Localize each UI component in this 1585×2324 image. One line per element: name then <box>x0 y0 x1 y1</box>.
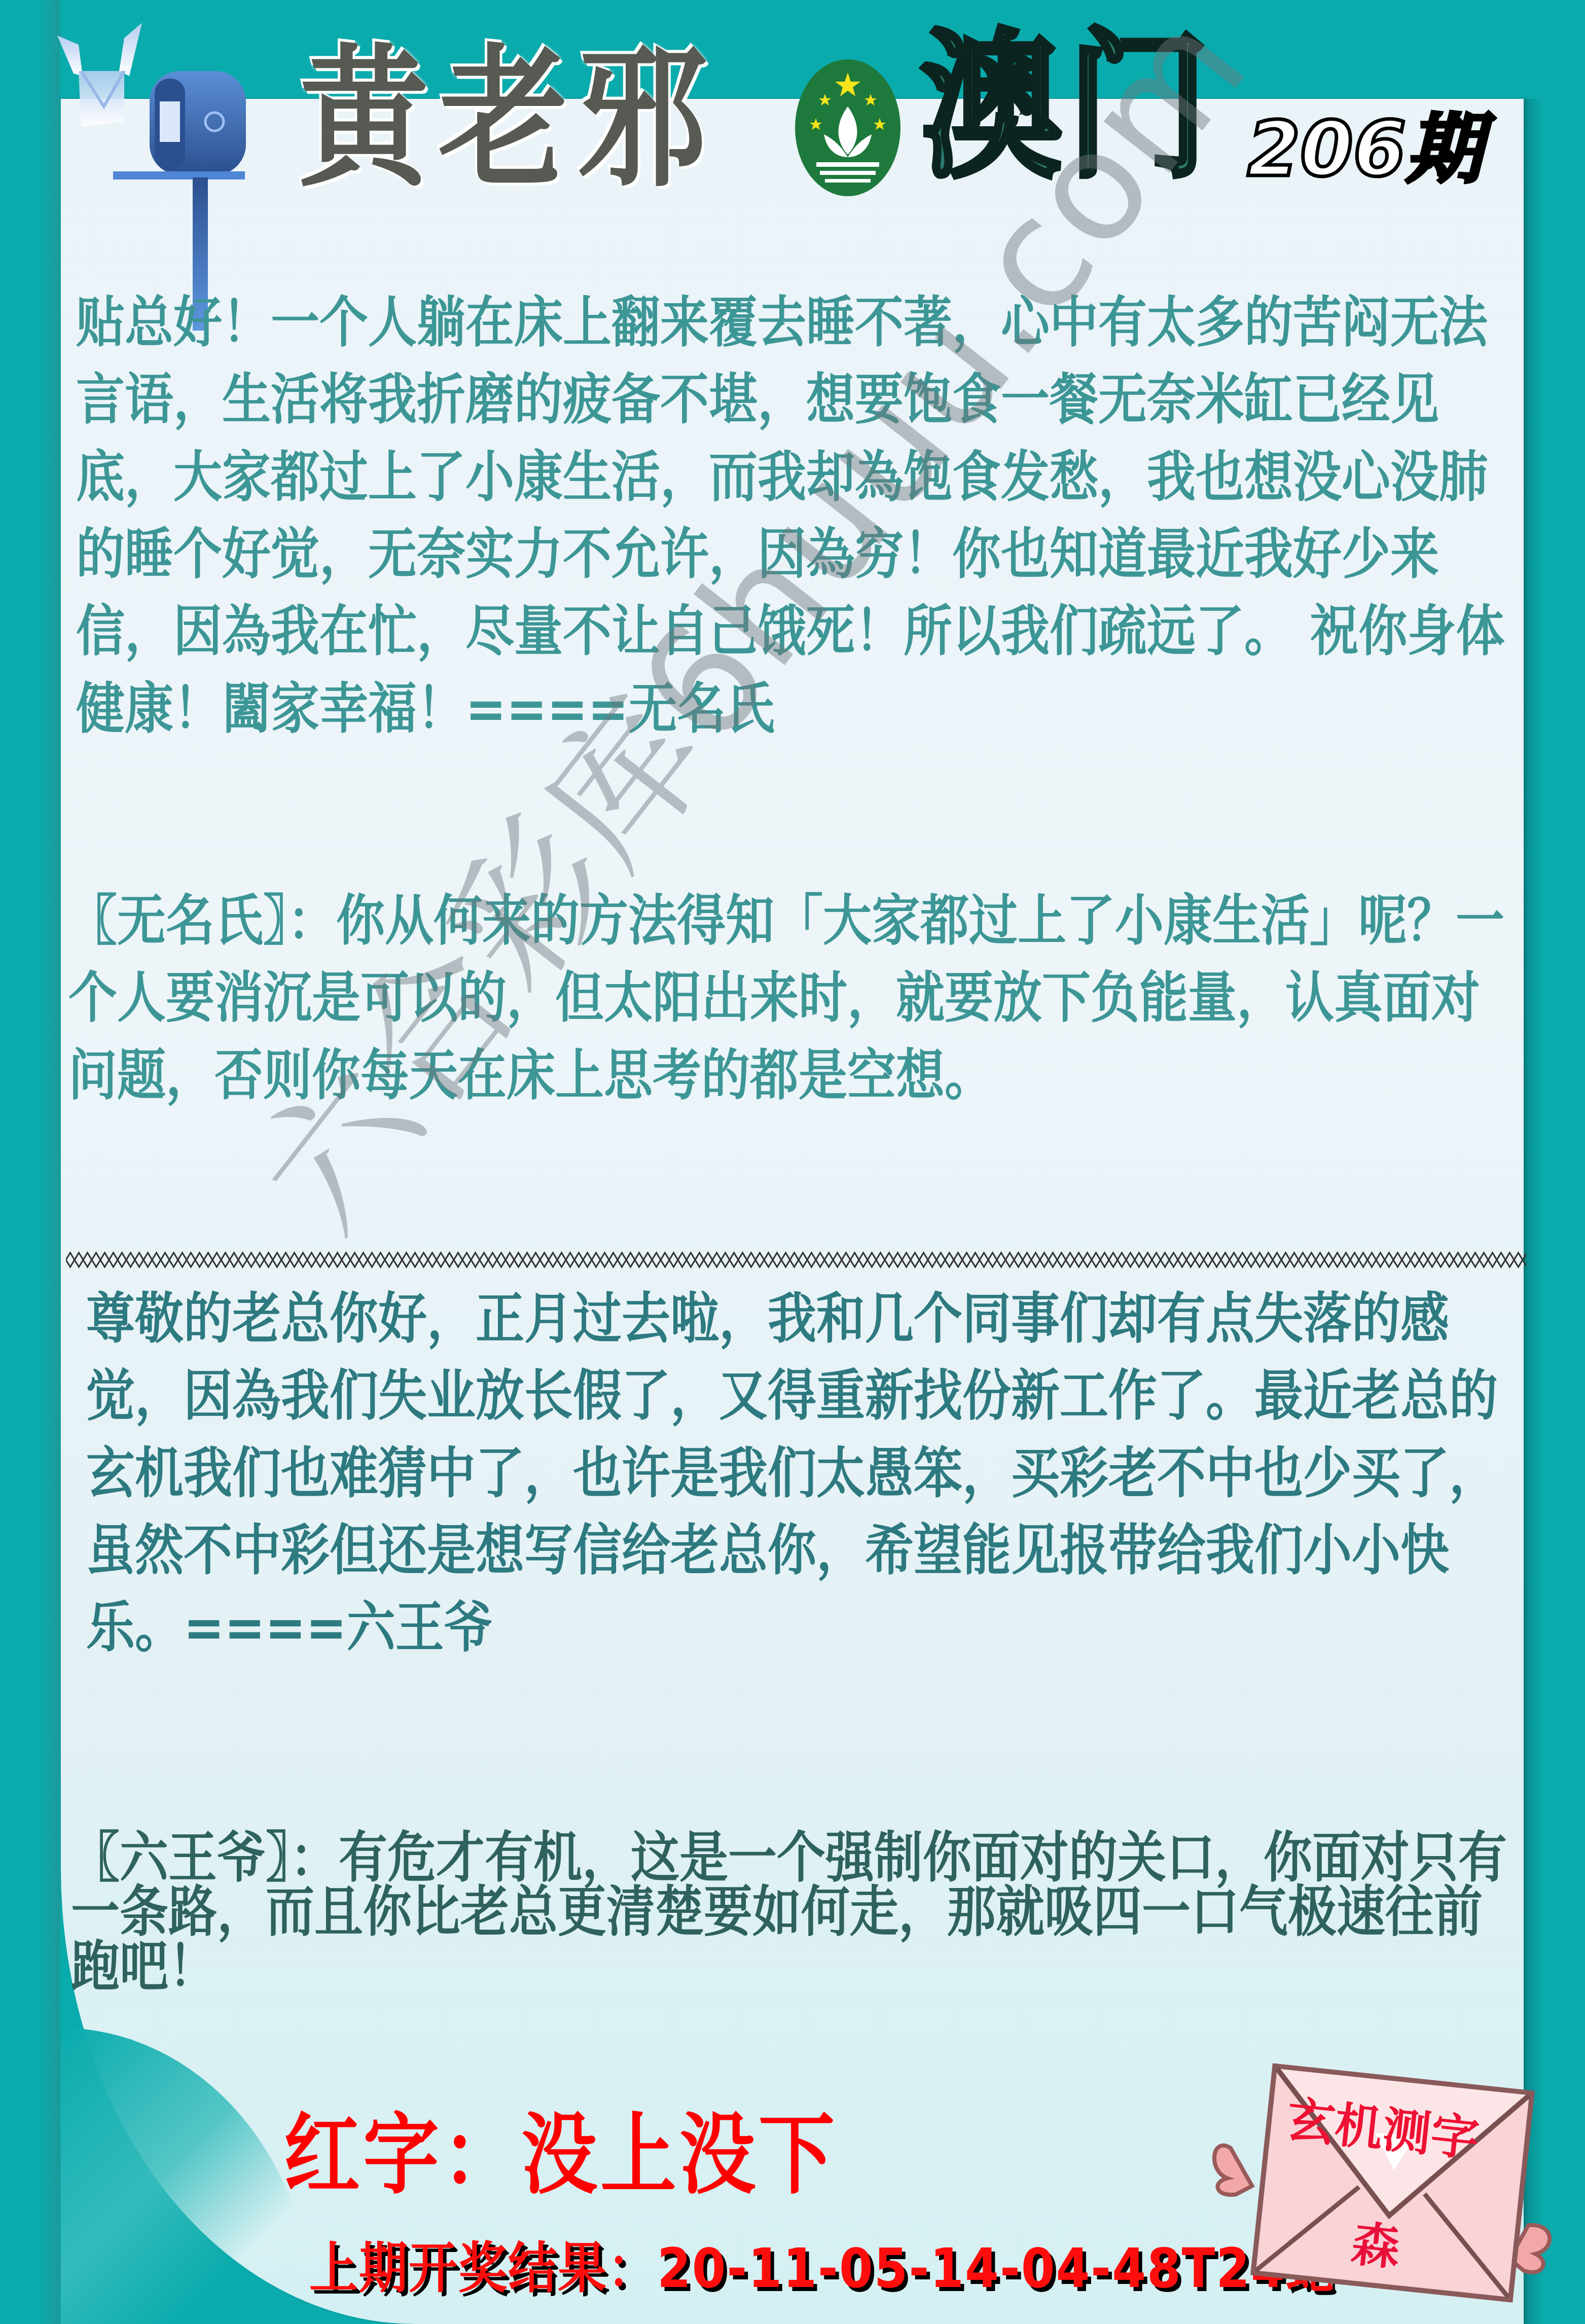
paper-shadow <box>1524 99 1544 2324</box>
macau-emblem-icon <box>794 58 903 198</box>
issue-suffix: 期 <box>1406 105 1482 194</box>
section-divider <box>66 1250 1526 1270</box>
header: 黄老邪 澳门 206期 <box>0 0 1585 213</box>
zigzag-divider-icon <box>66 1250 1526 1270</box>
envelope-illustration: 玄机测字 森 <box>1207 2063 1572 2317</box>
title-main: 黄老邪 <box>299 43 717 196</box>
result-label: 上期开奖结果： <box>309 2236 657 2300</box>
winged-envelope-icon: 玄机测字 森 <box>1207 2063 1572 2317</box>
letter-2: 尊敬的老总你好，正月过去啦，我和几个同事们却有点失落的感觉，因為我们失业放长假了… <box>86 1280 1511 1666</box>
issue-label: 206期 <box>1247 112 1482 188</box>
reply-2: 〖六王爷〗：有危才有机，这是一个强制你面对的关口，你面对只有一条路，而且你比老总… <box>71 1830 1526 1994</box>
issue-number: 206 <box>1247 105 1406 194</box>
red-hint-label: 红字：没上没下 <box>284 2112 838 2199</box>
title-region: 澳门 <box>920 28 1214 187</box>
last-result: 上期开奖结果：20-11-05-14-04-48T24蛇 <box>309 2241 1336 2296</box>
envelope-char: 森 <box>1349 2216 1402 2276</box>
letter-1: 贴总好！一个人躺在床上翻来覆去睡不著，心中有太多的苦闷无法言语，生活将我折磨的疲… <box>76 284 1521 747</box>
reply-1: 〖无名氏〗：你从何来的方法得知「大家都过上了小康生活」呢？一个人要消沉是可以的，… <box>68 882 1524 1114</box>
